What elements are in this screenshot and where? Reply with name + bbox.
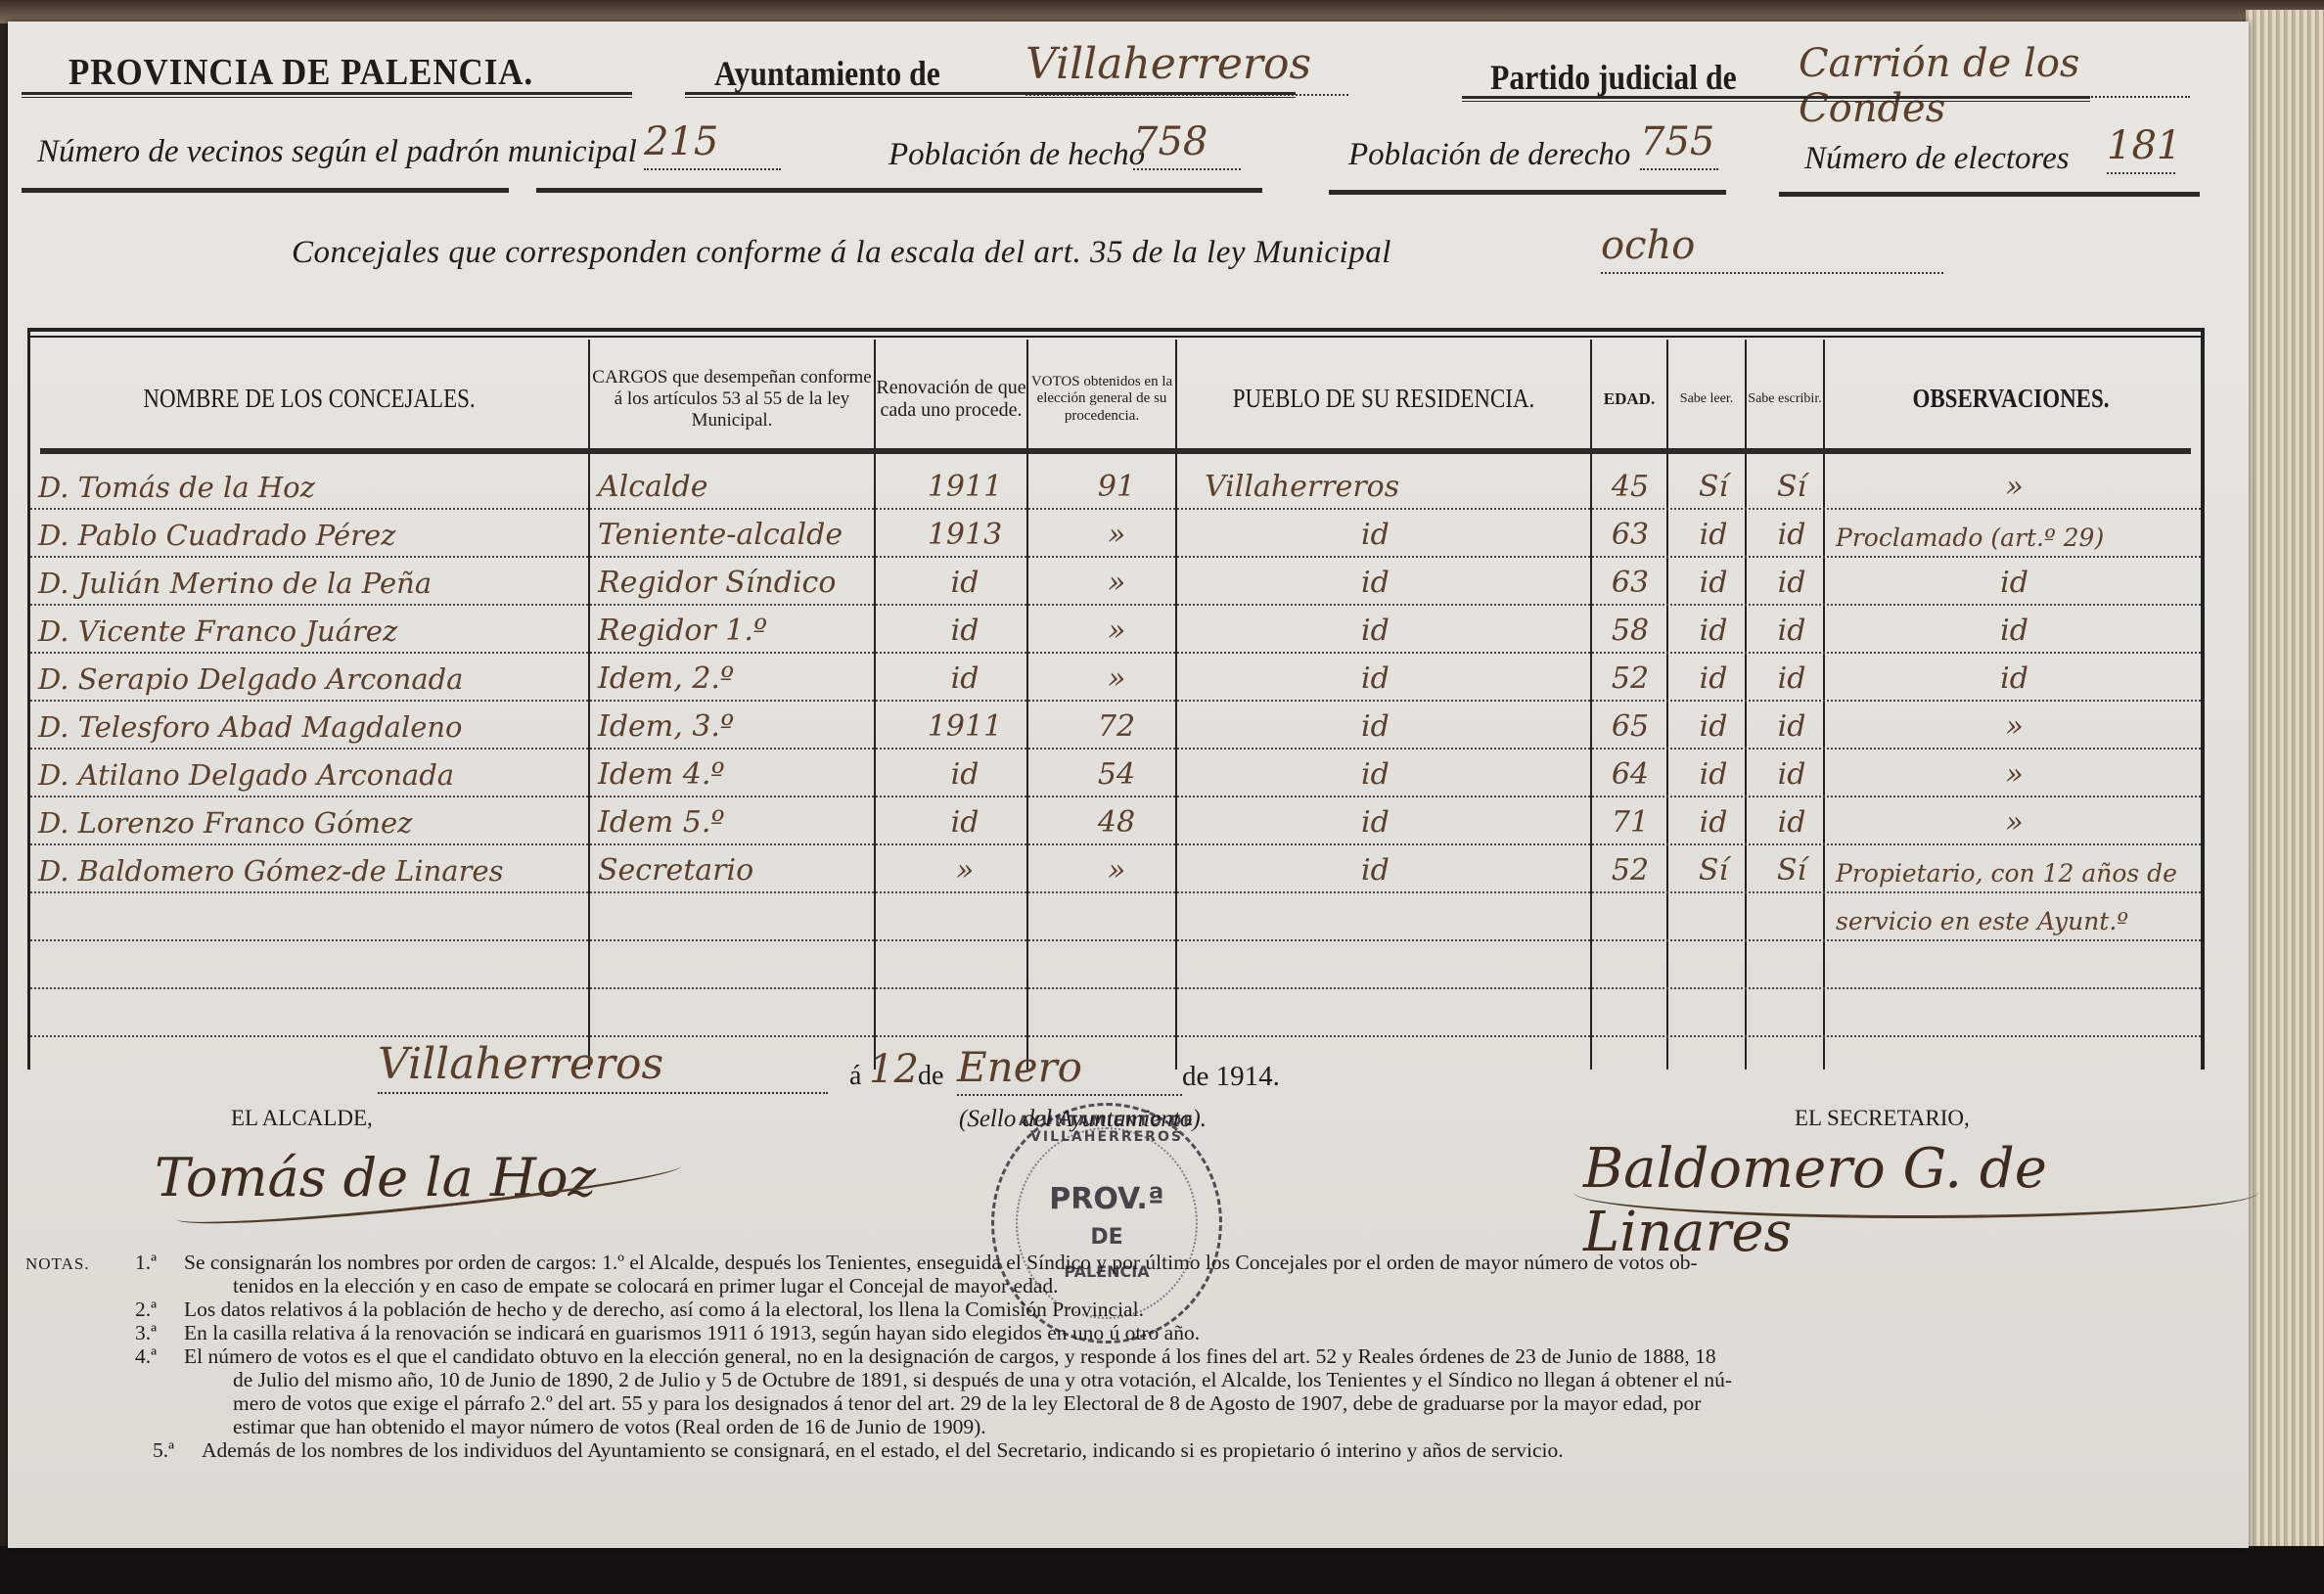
footer-year: de 1914.	[1182, 1061, 1280, 1093]
cell-escribir: id	[1762, 566, 1821, 600]
cell-cargo: Secretario	[598, 853, 872, 888]
cell-escribir: Sí	[1762, 853, 1821, 888]
note-text: En la casilla relativa á la renovación s…	[184, 1321, 1200, 1344]
notes-label: NOTAS.	[25, 1252, 90, 1276]
note-text: mero de votos que exige el párrafo 2.º d…	[233, 1391, 1701, 1415]
concejales-label: Concejales que corresponden conforme á l…	[292, 235, 1391, 271]
cell-escribir: id	[1762, 709, 1821, 744]
ayuntamiento-label: Ayuntamiento de	[714, 53, 940, 94]
table-row	[30, 988, 2201, 1037]
secretario-label: EL SECRETARIO,	[1795, 1106, 1970, 1131]
footer-place: Villaherreros	[378, 1039, 828, 1094]
cell-cargo: Idem, 2.º	[598, 661, 872, 696]
cell-nombre: D. Telesforo Abad Magdaleno	[38, 710, 586, 744]
header-bottom-rule	[40, 448, 2191, 454]
cell-votos: 54	[1068, 757, 1165, 792]
header-pueblo: PUEBLO DE SU RESIDENCIA.	[1208, 340, 1560, 459]
cell-leer: id	[1684, 709, 1743, 744]
table-row: D. Julián Merino de la PeñaRegidor Síndi…	[30, 557, 2201, 606]
cell-nombre: D. Vicente Franco Juárez	[38, 615, 586, 648]
cell-votos: »	[1068, 566, 1165, 600]
document-page: PROVINCIA DE PALENCIA. Ayuntamiento de V…	[8, 22, 2249, 1548]
cell-obs: Propietario, con 12 años de	[1836, 859, 2193, 888]
cell-edad: 52	[1601, 853, 1660, 888]
note-number: 5.ª	[153, 1438, 202, 1462]
note-text: de Julio del mismo año, 10 de Junio de 1…	[233, 1368, 1732, 1391]
cell-edad: 63	[1601, 518, 1660, 552]
cell-nombre: D. Julián Merino de la Peña	[38, 567, 586, 600]
cell-renovacion: 1911	[911, 470, 1019, 504]
table-row: D. Baldomero Gómez-de LinaresSecretario»…	[30, 844, 2201, 893]
stamp-ring-text: AYUNTAMIENTO DE VILLAHERREROS	[994, 1114, 1219, 1145]
poblacion-derecho-label: Población de derecho	[1348, 137, 1630, 173]
cell-renovacion: id	[911, 566, 1019, 600]
note-text: Los datos relativos á la población de he…	[184, 1298, 1144, 1321]
poblacion-hecho-label: Población de hecho	[889, 137, 1145, 173]
table-row: servicio en este Ayunt.º	[30, 892, 2201, 941]
note-number: 2.ª	[135, 1298, 184, 1321]
stats-rule	[1329, 190, 1726, 195]
table-row: D. Vicente Franco JuárezRegidor 1.ºid»id…	[30, 605, 2201, 654]
cell-cargo: Teniente-alcalde	[598, 518, 872, 552]
cell-renovacion: »	[911, 853, 1019, 888]
note-number: 3.ª	[135, 1321, 184, 1344]
table-row: D. Pablo Cuadrado PérezTeniente-alcalde1…	[30, 509, 2201, 558]
cell-nombre: D. Lorenzo Franco Gómez	[38, 806, 586, 840]
cell-leer: id	[1684, 661, 1743, 696]
cell-renovacion: id	[911, 805, 1019, 840]
header-nombre: NOMBRE DE LOS CONCEJALES.	[72, 340, 547, 459]
footer-month: Enero	[957, 1043, 1182, 1096]
cell-cargo: Alcalde	[598, 470, 872, 504]
concejales-value: ocho	[1601, 223, 1943, 274]
book-top-edge	[0, 0, 2324, 23]
cell-leer: Sí	[1684, 470, 1743, 504]
cell-leer: id	[1684, 757, 1743, 792]
stats-rule	[22, 188, 509, 193]
header-votos: VOTOS obtenidos en la elección general d…	[1028, 340, 1175, 459]
province-title: PROVINCIA DE PALENCIA.	[68, 51, 533, 94]
cell-nombre: D. Tomás de la Hoz	[38, 471, 586, 504]
header-sabe-escribir: Sabe escribir.	[1747, 340, 1823, 459]
note-line: mero de votos que exige el párrafo 2.º d…	[233, 1391, 1701, 1415]
note-line: 1.ªSe consignarán los nombres por orden …	[135, 1251, 1698, 1274]
secretario-signature-flourish	[1573, 1166, 2258, 1218]
note-line: 5.ªAdemás de los nombres de los individu…	[153, 1438, 1564, 1462]
note-line: de Julio del mismo año, 10 de Junio de 1…	[233, 1368, 1732, 1391]
header-sabe-leer: Sabe leer.	[1668, 340, 1745, 459]
partido-judicial-label: Partido judicial de	[1490, 57, 1737, 98]
vecinos-label: Número de vecinos según el padrón munici…	[37, 134, 637, 170]
cell-pueblo: id	[1205, 614, 1743, 648]
cell-edad: 63	[1601, 566, 1660, 600]
note-text: Además de los nombres de los individuos …	[202, 1438, 1564, 1462]
cell-pueblo: id	[1205, 853, 1743, 888]
cell-cargo: Regidor 1.º	[598, 614, 872, 648]
cell-votos: 72	[1068, 709, 1165, 744]
cell-renovacion: id	[911, 614, 1019, 648]
cell-obs: id	[1836, 614, 2193, 648]
note-text: tenidos en la elección y en caso de empa…	[233, 1274, 1059, 1298]
cell-pueblo: id	[1205, 661, 1743, 696]
table-row: D. Atilano Delgado ArconadaIdem 4.ºid54i…	[30, 749, 2201, 797]
cell-leer: id	[1684, 805, 1743, 840]
cell-pueblo: id	[1205, 757, 1743, 792]
cell-obs: id	[1836, 661, 2193, 696]
vecinos-value: 215	[644, 119, 781, 170]
cell-cargo: Idem 5.º	[598, 805, 872, 840]
cell-renovacion: 1913	[911, 518, 1019, 552]
cell-votos: 48	[1068, 805, 1165, 840]
cell-pueblo: Villaherreros	[1205, 470, 1586, 504]
ayuntamiento-value: Villaherreros	[1025, 39, 1348, 96]
stamp-center-prov: PROV.ª	[994, 1182, 1219, 1216]
electores-value: 181	[2107, 123, 2175, 174]
cell-pueblo: id	[1205, 805, 1743, 840]
header-cargos: CARGOS que desempeñan conforme á los art…	[590, 340, 874, 459]
cell-obs: »	[1836, 470, 2193, 504]
table-row: D. Telesforo Abad MagdalenoIdem, 3.º1911…	[30, 701, 2201, 750]
footer-day: 12	[869, 1047, 919, 1092]
note-number: 1.ª	[135, 1251, 184, 1274]
partido-judicial-value: Carrión de los Condes	[1799, 41, 2190, 98]
note-line: estimar que han obtenido el mayor número…	[233, 1415, 986, 1438]
note-line: 4.ªEl número de votos es el que el candi…	[135, 1344, 1716, 1368]
cell-cargo: Idem 4.º	[598, 757, 872, 792]
cell-votos: »	[1068, 518, 1165, 552]
header-rule	[22, 92, 632, 98]
cell-edad: 65	[1601, 709, 1660, 744]
footer-a-label: á	[849, 1061, 861, 1092]
concejales-table: NOMBRE DE LOS CONCEJALES. CARGOS que des…	[27, 328, 2205, 1070]
table-top-rule	[30, 328, 2201, 338]
electores-label: Número de electores	[1804, 141, 2070, 177]
cell-renovacion: id	[911, 757, 1019, 792]
cell-nombre: D. Serapio Delgado Arconada	[38, 662, 586, 696]
table-row: D. Serapio Delgado ArconadaIdem, 2.ºid»i…	[30, 653, 2201, 702]
cell-obs: Proclamado (art.º 29)	[1836, 524, 2193, 552]
note-line: 2.ªLos datos relativos á la población de…	[135, 1298, 1144, 1321]
cell-renovacion: 1911	[911, 709, 1019, 744]
table-row	[30, 940, 2201, 989]
cell-edad: 45	[1601, 470, 1660, 504]
cell-edad: 64	[1601, 757, 1660, 792]
note-line: 3.ªEn la casilla relativa á la renovació…	[135, 1321, 1200, 1344]
table-row: D. Tomás de la HozAlcalde191191Villaherr…	[30, 461, 2201, 510]
cell-cargo: Idem, 3.º	[598, 709, 872, 744]
cell-obs: »	[1836, 709, 2193, 744]
cell-pueblo: id	[1205, 566, 1743, 600]
book-bottom-edge	[0, 1546, 2324, 1594]
cell-cargo: Regidor Síndico	[598, 566, 872, 600]
cell-votos: »	[1068, 853, 1165, 888]
cell-nombre: D. Atilano Delgado Arconada	[38, 758, 586, 792]
cell-edad: 58	[1601, 614, 1660, 648]
cell-votos: 91	[1068, 470, 1165, 504]
header-edad: EDAD.	[1592, 340, 1666, 459]
alcalde-label: EL ALCALDE,	[231, 1106, 373, 1131]
cell-escribir: id	[1762, 661, 1821, 696]
cell-votos: »	[1068, 614, 1165, 648]
cell-edad: 71	[1601, 805, 1660, 840]
partido-judicial-text: Carrión de los Condes	[1799, 41, 2079, 131]
cell-escribir: id	[1762, 757, 1821, 792]
cell-leer: id	[1684, 518, 1743, 552]
stats-rule	[1779, 192, 2200, 197]
note-line: tenidos en la elección y en caso de empa…	[233, 1274, 1059, 1298]
cell-escribir: id	[1762, 614, 1821, 648]
footer-de-label: de	[918, 1061, 943, 1092]
cell-escribir: id	[1762, 805, 1821, 840]
cell-escribir: Sí	[1762, 470, 1821, 504]
poblacion-derecho-value: 755	[1640, 119, 1718, 170]
cell-leer: id	[1684, 614, 1743, 648]
cell-renovacion: id	[911, 661, 1019, 696]
note-text: El número de votos es el que el candidat…	[184, 1344, 1716, 1368]
note-number: 4.ª	[135, 1344, 184, 1368]
cell-leer: Sí	[1684, 853, 1743, 888]
header-rule	[1462, 96, 2090, 102]
poblacion-hecho-value: 758	[1133, 119, 1241, 170]
book-page-edges	[2246, 10, 2324, 1556]
header-rule	[685, 92, 1296, 98]
header-observaciones: OBSERVACIONES.	[1853, 340, 2169, 459]
table-row: D. Lorenzo Franco GómezIdem 5.ºid48id71i…	[30, 797, 2201, 845]
stats-rule	[536, 188, 1262, 193]
cell-leer: id	[1684, 566, 1743, 600]
cell-obs: id	[1836, 566, 2193, 600]
cell-nombre: D. Pablo Cuadrado Pérez	[38, 519, 586, 552]
cell-nombre: D. Baldomero Gómez-de Linares	[38, 854, 586, 888]
cell-obs: »	[1836, 805, 2193, 840]
stamp-center-de: DE	[994, 1225, 1219, 1250]
note-text: Se consignarán los nombres por orden de …	[184, 1251, 1698, 1274]
cell-escribir: id	[1762, 518, 1821, 552]
cell-edad: 52	[1601, 661, 1660, 696]
cell-pueblo: id	[1205, 518, 1743, 552]
note-text: estimar que han obtenido el mayor número…	[233, 1415, 986, 1438]
cell-pueblo: id	[1205, 709, 1743, 744]
cell-obs: servicio en este Ayunt.º	[1836, 907, 2193, 935]
header-renovacion: Renovación de que cada uno procede.	[876, 340, 1026, 459]
cell-obs: »	[1836, 757, 2193, 792]
cell-votos: »	[1068, 661, 1165, 696]
